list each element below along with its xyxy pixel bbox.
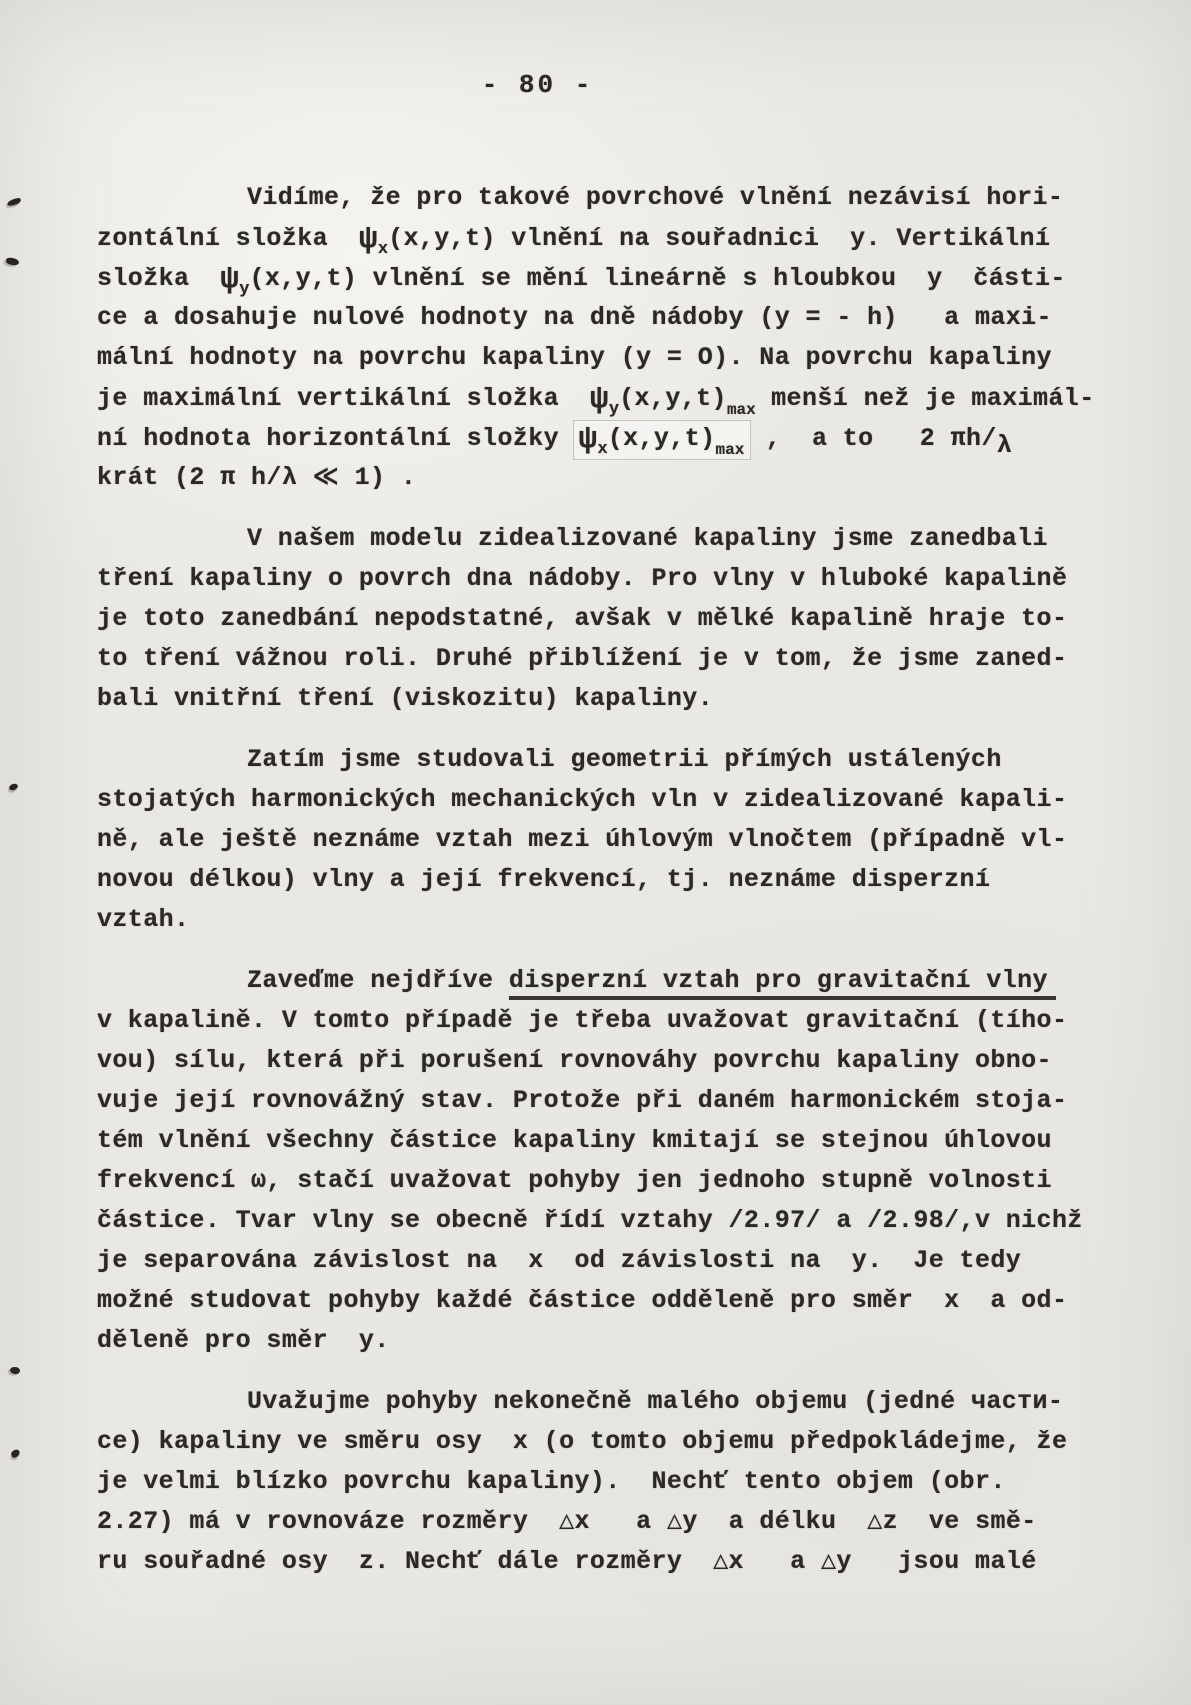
text-segment: zontální složka: [97, 224, 359, 253]
lambda-symbol: λ: [997, 431, 1012, 460]
formula-arguments: (x,y,t): [608, 424, 716, 453]
text-line: ně, ale ještě neznáme vztah mezi úhlovým…: [97, 820, 1087, 860]
psi-subscript-x: x: [378, 240, 388, 259]
text-segment: Zaveďme nejdříve: [247, 966, 509, 995]
text-line: vou) sílu, která při porušení rovnováhy …: [97, 1041, 1087, 1081]
text-segment: (x,y,t) vlnění na souřadnici y. Vertikál…: [388, 224, 1050, 253]
text-segment: je maximální vertikální složka: [97, 384, 590, 413]
underlined-phrase: disperzní vztah pro gravitační vlny: [509, 966, 1056, 1000]
max-subscript: max: [727, 401, 756, 419]
text-block: Vidíme, že pro takové povrchové vlnění n…: [97, 178, 1087, 1603]
paragraph-4: Zaveďme nejdříve disperzní vztah pro gra…: [97, 961, 1087, 1361]
ink-speck: [6, 197, 21, 206]
text-segment: (x,y,t) vlnění se mění lineárně s hloubk…: [249, 264, 1065, 293]
ink-speck: [9, 1366, 20, 1375]
text-line: mální hodnoty na povrchu kapaliny (y = O…: [97, 338, 1087, 378]
text-line: stojatých harmonických mechanických vln …: [97, 780, 1087, 820]
text-line: tření kapaliny o povrch dna nádoby. Pro …: [97, 559, 1087, 599]
psi-subscript-x: x: [598, 440, 608, 459]
text-line: frekvencí ω, stačí uvažovat pohyby jen j…: [97, 1161, 1087, 1201]
text-segment: ní hodnota horizontální složky: [97, 424, 574, 453]
text-line: krát (2 π h/λ ≪ 1) .: [97, 458, 1087, 498]
scanned-page: - 80 - Vidíme, že pro takové povrchové v…: [0, 0, 1191, 1705]
paragraph-3: Zatím jsme studovali geometrii přímých u…: [97, 740, 1087, 940]
text-line: 2.27) má v rovnováze rozměry △x a △y a d…: [97, 1502, 1087, 1542]
max-subscript: max: [716, 441, 745, 459]
text-line: V našem modelu zidealizované kapaliny js…: [97, 519, 1087, 559]
text-line: ce) kapaliny ve směru osy x (o tomto obj…: [97, 1422, 1087, 1462]
page-number: - 80 -: [0, 70, 1075, 100]
text-line: vuje její rovnovážný stav. Protože při d…: [97, 1081, 1087, 1121]
text-line: děleně pro směr y.: [97, 1321, 1087, 1361]
text-line: ru souřadné osy z. Nechť dále rozměry △x…: [97, 1542, 1087, 1582]
text-line: možné studovat pohyby každé částice oddě…: [97, 1281, 1087, 1321]
text-line: vztah.: [97, 900, 1087, 940]
text-line: to tření vážnou roli. Druhé přiblížení j…: [97, 639, 1087, 679]
psi-subscript-y: y: [239, 280, 249, 299]
psi-symbol: ψ: [359, 222, 378, 257]
text-line: Zaveďme nejdříve disperzní vztah pro gra…: [97, 961, 1087, 1001]
text-line: tém vlnění všechny částice kapaliny kmit…: [97, 1121, 1087, 1161]
text-line: zontální složka ψx(x,y,t) vlnění na souř…: [97, 218, 1087, 258]
psi-symbol: ψ: [578, 422, 597, 457]
text-line: novou délkou) vlny a její frekvencí, tj.…: [97, 860, 1087, 900]
text-line: Zatím jsme studovali geometrii přímých u…: [97, 740, 1087, 780]
ink-speck: [10, 1448, 21, 1459]
text-line: je velmi blízko povrchu kapaliny). Nechť…: [97, 1462, 1087, 1502]
ink-speck: [8, 783, 19, 792]
text-line: Vidíme, že pro takové povrchové vlnění n…: [97, 178, 1087, 218]
text-line: je maximální vertikální složka ψy(x,y,t)…: [97, 378, 1087, 418]
text-line: částice. Tvar vlny se obecně řídí vztahy…: [97, 1201, 1087, 1241]
text-line: Uvažujme pohyby nekonečně malého objemu …: [97, 1382, 1087, 1422]
text-segment: menší než je maximál-: [756, 384, 1095, 413]
ink-speck: [6, 257, 20, 266]
text-line: ce a dosahuje nulové hodnoty na dně nádo…: [97, 298, 1087, 338]
boxed-formula: ψx(x,y,t)max: [574, 421, 750, 459]
psi-symbol: ψ: [590, 382, 609, 417]
text-segment: , a to 2 πh/: [750, 424, 996, 453]
paragraph-5: Uvažujme pohyby nekonečně malého objemu …: [97, 1382, 1087, 1582]
text-line: je separována závislost na x od závislos…: [97, 1241, 1087, 1281]
text-line: bali vnitřní tření (viskozitu) kapaliny.: [97, 679, 1087, 719]
text-line: je toto zanedbání nepodstatné, avšak v m…: [97, 599, 1087, 639]
text-line: ní hodnota horizontální složky ψx(x,y,t)…: [97, 418, 1087, 458]
paragraph-1: Vidíme, že pro takové povrchové vlnění n…: [97, 178, 1087, 498]
psi-subscript-y: y: [609, 400, 619, 419]
text-line: v kapalině. V tomto případě je třeba uva…: [97, 1001, 1087, 1041]
text-line: složka ψy(x,y,t) vlnění se mění lineárně…: [97, 258, 1087, 298]
text-segment: složka: [97, 264, 220, 293]
paragraph-2: V našem modelu zidealizované kapaliny js…: [97, 519, 1087, 719]
psi-symbol: ψ: [220, 262, 239, 297]
formula-arguments: (x,y,t): [619, 384, 727, 413]
